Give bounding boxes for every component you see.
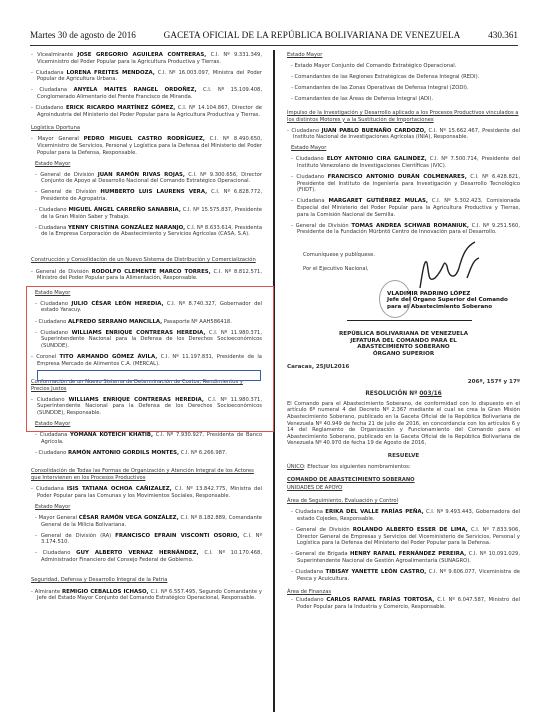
resolution-heading: REPÚBLICA BOLIVARIANA DE VENEZUELA JEFAT… (287, 331, 520, 358)
entry-id: C.I. Nº 10.170.468, (199, 550, 262, 556)
appointment-entry: - Ciudadana YOMANA KOTEICH KHATIB, C.I. … (35, 432, 262, 445)
entry-id: C.I. Nº 15.662.467, (426, 128, 480, 134)
unico-text: : Efectuar los siguientes nombramientos: (304, 464, 411, 470)
estado-mayor-label: Estado Mayor (291, 145, 520, 152)
section-title-distribucion: Construcción y Consolidación de un Nuevo… (31, 257, 262, 264)
estado-mayor-label: Estado Mayor (35, 504, 262, 511)
logistica-members: - General de División JUAN RAMÓN RIVAS R… (31, 172, 262, 238)
entry-name: MIGUEL ÁNGEL CARREÑO SANABRIA, (68, 207, 180, 213)
appointment-entry: - Ciudadana TIBISAY YANETTE LEÓN CASTRO,… (291, 569, 520, 582)
seguimiento-members: - Ciudadana ERIKA DEL VALLE FARÍAS PEÑA,… (287, 509, 520, 582)
estado-mayor-label: Estado Mayor (287, 52, 520, 59)
appointment-entry: - Ciudadana ANYELA MAITES RANGEL ORDOÑEZ… (31, 87, 262, 100)
entry-role: Administrador Financiero del Consejo Fed… (41, 557, 193, 563)
entry-id: C.I. Nº 7.833.906, (468, 527, 520, 533)
entry-id: C.I. Nº 10.091.029, (466, 551, 520, 557)
entry-id: C.I. Nº 8.812.571, (211, 269, 262, 275)
heading-line: JEFATURA DEL COMANDO PARA EL (287, 338, 520, 345)
page-header: Martes 30 de agosto de 2016 GACETA OFICI… (30, 30, 518, 44)
list-item: - Comandantes de las Regiones Estratégic… (291, 74, 520, 81)
entry-rank: - Ciudadano (35, 550, 76, 556)
entry-rank: - General de División (35, 189, 100, 195)
entry-name: LORENA FREITES MENDOZA, (67, 70, 155, 76)
entry-id: C.I. Nº 8.182.889, (179, 515, 227, 521)
header-rule (30, 45, 518, 46)
heading-line: REPÚBLICA BOLIVARIANA DE VENEZUELA (287, 331, 520, 338)
entry-name: RAMÓN ANTONIO GORDILS MONTES, (68, 450, 179, 456)
entry-name: HUMBERTO LUIS LAURENS VERA, (100, 189, 207, 195)
unico-line: ÚNICO: Efectuar los siguientes nombramie… (287, 464, 520, 471)
signer-title-2: para el Abastecimiento Soberano (387, 304, 508, 311)
logistica-head: - Mayor General PEDRO MIGUEL CASTRO RODR… (31, 136, 262, 156)
entry-id: C.I. Nº 9.251.560, (469, 223, 520, 229)
resuelve-label: RESUELVE (287, 453, 520, 460)
entry-name: FRANCISCO ANTONIO DURÁN COLMENARES, (328, 174, 467, 180)
signer-title-1: Jefe del Órgano Superior del Comando (387, 297, 508, 304)
estado-items: - Estado Mayor Conjunto del Comando Estr… (287, 63, 520, 103)
appointment-entry: - Ciudadano MIGUEL ÁNGEL CARREÑO SANABRI… (35, 207, 262, 220)
place-date: Caracas, 25JUL2016 (287, 364, 520, 371)
separator-rule (347, 320, 472, 321)
heading-line: ÓRGANO SUPERIOR (287, 351, 520, 358)
entry-rank: - Ciudadana (31, 486, 67, 492)
investigacion-head: - Ciudadano JUAN PABLO BUENAÑO CARDOZO, … (287, 128, 520, 141)
distribucion-head: - General de División RODOLFO CLEMENTE M… (31, 269, 262, 282)
command-title: COMANDO DE ABASTECIMIENTO SOBERANO (287, 477, 520, 484)
appointment-entry: - Ciudadano ELOY ANTONIO CIRA GALINDEZ, … (291, 156, 520, 169)
section-title-seguimiento: Área de Seguimiento, Evaluación y Contro… (287, 498, 520, 505)
section-title-logistica: Logística Oportuna (31, 125, 262, 132)
entry-name: CÉSAR RAMÓN VEGA GONZÁLEZ, (79, 515, 179, 521)
appointment-entry: - Ciudadana YENNY CRISTINA GONZÁLEZ NARA… (35, 225, 262, 238)
entry-name: YENNY CRISTINA GONZÁLEZ NARANJO, (68, 225, 185, 231)
entry-name: FRANCISCO EFRAIN VISCONTI OSORIO, (115, 533, 239, 539)
resolution-label: RESOLUCIÓN Nº (365, 391, 419, 397)
entry-id: C.I. Nº 15.109.408, (197, 87, 262, 93)
publish-text: Comuníquese y publíquese. (303, 252, 375, 259)
appointment-entry: - Mayor General PEDRO MIGUEL CASTRO RODR… (31, 136, 262, 156)
gazette-page: Martes 30 de agosto de 2016 GACETA OFICI… (0, 0, 540, 720)
entry-id: C.I. Nº 9.493.443, (424, 509, 474, 515)
entry-role: Presidente de la Fundación Mürbntö Centr… (297, 229, 497, 235)
entry-role: Director General de Empresas y Servicios… (297, 534, 520, 547)
list-item: - Estado Mayor Conjunto del Comando Estr… (291, 63, 520, 70)
appointment-entry: - Ciudadana MARGARET GUTIÉRREZ MULAS, C.… (291, 198, 520, 218)
entry-id: C.I. Nº 5.302.423, (428, 198, 483, 204)
appointment-entry: - General de División HUMBERTO LUIS LAUR… (35, 189, 262, 202)
entry-id: C.I. Nº 9.300.656, (185, 172, 238, 178)
entry-rank: - Ciudadana (31, 87, 74, 93)
section-title-seguridad: Seguridad, Defensa y Desarrollo Integral… (31, 577, 262, 584)
seguridad-head: - Almirante REMIGIO CEBALLOS ICHASO, C.I… (31, 589, 262, 602)
entry-role: Viceministro del Poder Popular para la A… (37, 59, 221, 65)
entry-name: CARLOS RAFAEL FARÍAS TORTOSA, (326, 597, 434, 603)
header-date: Martes 30 de agosto de 2016 (30, 30, 136, 40)
entry-name: JOSE GREGORIO AGUILERA CONTRERAS, (77, 52, 206, 58)
entry-id: C.I. Nº 8.490.650, (205, 136, 262, 142)
entry-rank: - Ciudadano (287, 128, 322, 134)
entry-rank: - Ciudadano (291, 174, 328, 180)
entry-rank: - Ciudadana (291, 509, 325, 515)
appointment-entry: - Almirante REMIGIO CEBALLOS ICHASO, C.I… (31, 589, 262, 602)
entry-id: C.I. Nº 6.828.772, (207, 189, 262, 195)
entry-name: ERIKA DEL VALLE FARÍAS PEÑA, (325, 509, 423, 515)
entry-name: ANYELA MAITES RANGEL ORDOÑEZ, (74, 87, 197, 93)
entry-name: REMIGIO CEBALLOS ICHASO, (62, 589, 149, 595)
entry-id: C.I. Nº 7.930.927, (153, 432, 204, 438)
resolution-title: RESOLUCIÓN Nº 003/16 (287, 391, 520, 398)
appointment-entry: - Ciudadano CARLOS RAFAEL FARÍAS TORTOSA… (291, 597, 520, 610)
signature-block: Comuníquese y publíquese. Por el Ejecuti… (287, 244, 520, 314)
entry-rank: - Almirante (31, 589, 62, 595)
entry-rank: - Mayor General (35, 515, 79, 521)
estado-mayor-label: Estado Mayor (35, 161, 262, 168)
list-item: - Comandantes de las Zonas Operativas de… (291, 85, 520, 92)
resolution-number: 003/16 (419, 391, 441, 397)
investigacion-members: - Ciudadano ELOY ANTONIO CIRA GALINDEZ, … (287, 156, 520, 235)
entry-id: C.I. Nº 16.003.097, (155, 70, 210, 76)
appointment-entry: - General de Brigada HENRY RAFAEL FERNÁN… (291, 551, 520, 564)
entry-name: ERICK RICARDO MARTÍNEZ GÓMEZ, (66, 105, 175, 111)
entry-id: C.I. Nº 9.606.077, (426, 569, 476, 575)
header-title: GACETA OFICIAL DE LA REPÚBLICA BOLIVARIA… (164, 30, 461, 40)
header-page-number: 430.361 (488, 30, 518, 40)
appointment-entry: - Ciudadano JUAN PABLO BUENAÑO CARDOZO, … (287, 128, 520, 141)
intro-entries: - Vicealmirante JOSE GREGORIO AGUILERA C… (31, 52, 262, 118)
signer-block: VLADIMIR PADRINO LÓPEZ Jefe del Órgano S… (387, 291, 508, 311)
entry-name: TOMAS ANDREA SCHWAB ROMANIUK, (351, 223, 469, 229)
entry-id: C.I. Nº 14.104.867, (175, 105, 229, 111)
entry-name: ROLANDO ALBERTO ESSER DE LIMA, (353, 527, 468, 533)
costos-members: - Ciudadana YOMANA KOTEICH KHATIB, C.I. … (31, 432, 262, 456)
entry-id: C.I. Nº 13.842.775, (172, 486, 227, 492)
entry-role: Presidente del Instituto de Ingeniería p… (297, 181, 520, 194)
entry-rank: - Vicealmirante (31, 52, 77, 58)
entry-rank: - Ciudadana (31, 70, 67, 76)
entry-rank: - Ciudadano (291, 597, 326, 603)
entry-rank: - Mayor General (31, 136, 84, 142)
entry-id: C.I. Nº 6.557.495, (149, 589, 198, 595)
entry-rank: - Ciudadana (35, 225, 68, 231)
units-title: UNIDADES DE APOYO (287, 485, 520, 492)
appointment-entry: - Ciudadana ERIKA DEL VALLE FARÍAS PEÑA,… (291, 509, 520, 522)
entry-rank: - General de Brigada (291, 551, 350, 557)
entry-name: ELOY ANTONIO CIRA GALINDEZ, (327, 156, 427, 162)
entry-rank: - General de División (31, 269, 92, 275)
appointment-entry: - Mayor General CÉSAR RAMÓN VEGA GONZÁLE… (35, 515, 262, 528)
entry-name: RODOLFO CLEMENTE MARCO TORRES, (92, 269, 211, 275)
unico-label: ÚNICO (287, 464, 304, 470)
entry-rank: - Ciudadano (35, 207, 68, 213)
entry-rank: - Ciudadano (35, 450, 68, 456)
finanzas-members: - Ciudadano CARLOS RAFAEL FARÍAS TORTOSA… (287, 597, 520, 610)
entry-role: Conglomerado Alimentario del Frente Fran… (37, 94, 192, 100)
entry-name: GUY ALBERTO VERNAZ HERNÁNDEZ, (76, 550, 198, 556)
organizacion-members: - Mayor General CÉSAR RAMÓN VEGA GONZÁLE… (31, 515, 262, 564)
section-title-finanzas: Área de Finanzas (287, 589, 520, 596)
executive-text: Por el Ejecutivo Nacional, (303, 266, 369, 273)
entry-id: C.I. Nº 9.331.349, (206, 52, 262, 58)
appointment-entry: - Ciudadano RAMÓN ANTONIO GORDILS MONTES… (35, 450, 262, 457)
entry-id: C.I. Nº 8.633.614, (185, 225, 233, 231)
resolution-body: El Comando para el Abastecimiento Sobera… (287, 401, 520, 447)
entry-rank: - General de División (291, 223, 351, 229)
entry-rank: - General de División (RA) (35, 533, 115, 539)
entry-id: C.I. Nº 7.500.714, (427, 156, 479, 162)
appointment-entry: - General de División ROLANDO ALBERTO ES… (291, 527, 520, 547)
organizacion-head: - Ciudadana ISIS TATIANA OCHOA CAÑIZALEZ… (31, 486, 262, 499)
appointment-entry: - General de División TOMAS ANDREA SCHWA… (291, 223, 520, 236)
list-item: - Comandantes de las Áreas de Defensa In… (291, 96, 520, 103)
entry-id: C.I. Nº 6.266.987. (179, 450, 227, 456)
entry-rank: - Ciudadano (31, 105, 66, 111)
section-title-organizacion: Consolidación de Todas las Formas de Org… (31, 468, 262, 481)
entry-name: MARGARET GUTIÉRREZ MULAS, (328, 198, 427, 204)
entry-role: Viceministro de Servicios, Personal y Lo… (37, 143, 262, 156)
appointment-entry: - Ciudadano GUY ALBERTO VERNAZ HERNÁNDEZ… (35, 550, 262, 563)
entry-name: JUAN RAMÓN RIVAS ROJAS, (98, 172, 185, 178)
entry-role: Ministro del Poder Popular para la Alime… (37, 275, 198, 281)
entry-rank: - Ciudadana (291, 198, 328, 204)
entry-name: YOMANA KOTEICH KHATIB, (70, 432, 153, 438)
entry-name: HENRY RAFAEL FERNÁNDEZ PEREIRA, (350, 551, 466, 557)
section-title-investigacion: Impulso de la Investigación y Desarrollo… (287, 110, 520, 123)
signature-icon (415, 238, 495, 293)
entry-id: C.I. Nº 6.428.821, (467, 174, 520, 180)
entry-role: Presidente de Agropatria. (41, 196, 107, 202)
appointment-entry: - General de División JUAN RAMÓN RIVAS R… (35, 172, 262, 185)
entry-rank: - Ciudadana (291, 569, 326, 575)
highlight-box-blue (37, 370, 261, 381)
entry-id: C.I. Nº 15.575.837, (181, 207, 233, 213)
entry-name: ISIS TATIANA OCHOA CAÑIZALEZ, (67, 486, 172, 492)
appointment-entry: - Ciudadano FRANCISCO ANTONIO DURÁN COLM… (291, 174, 520, 194)
entry-role: Superintendente Nacional de Gestión Agro… (297, 558, 471, 564)
entry-name: PEDRO MIGUEL CASTRO RODRÍGUEZ, (84, 136, 205, 142)
appointment-entry: - General de División (RA) FRANCISCO EFR… (35, 533, 262, 546)
entry-rank: - General de División (291, 527, 353, 533)
entry-name: TIBISAY YANETTE LEÓN CASTRO, (326, 569, 427, 575)
appointment-entry: - Ciudadana ISIS TATIANA OCHOA CAÑIZALEZ… (31, 486, 262, 499)
entry-rank: - Ciudadana (35, 432, 70, 438)
entry-rank: - Ciudadano (291, 156, 327, 162)
years-line: 206º, 157º y 17º (287, 379, 520, 386)
entry-id: C.I. Nº 6.047.587, (434, 597, 485, 603)
entry-name: JUAN PABLO BUENAÑO CARDOZO, (322, 128, 426, 134)
appointment-entry: - Ciudadano ERICK RICARDO MARTÍNEZ GÓMEZ… (31, 105, 262, 118)
right-column: Estado Mayor - Estado Mayor Conjunto del… (287, 52, 520, 615)
appointment-entry: - Vicealmirante JOSE GREGORIO AGUILERA C… (31, 52, 262, 65)
entry-rank: - General de División (35, 172, 98, 178)
appointment-entry: - General de División RODOLFO CLEMENTE M… (31, 269, 262, 282)
appointment-entry: - Ciudadana LORENA FREITES MENDOZA, C.I.… (31, 70, 262, 83)
highlight-box-red (26, 286, 274, 432)
